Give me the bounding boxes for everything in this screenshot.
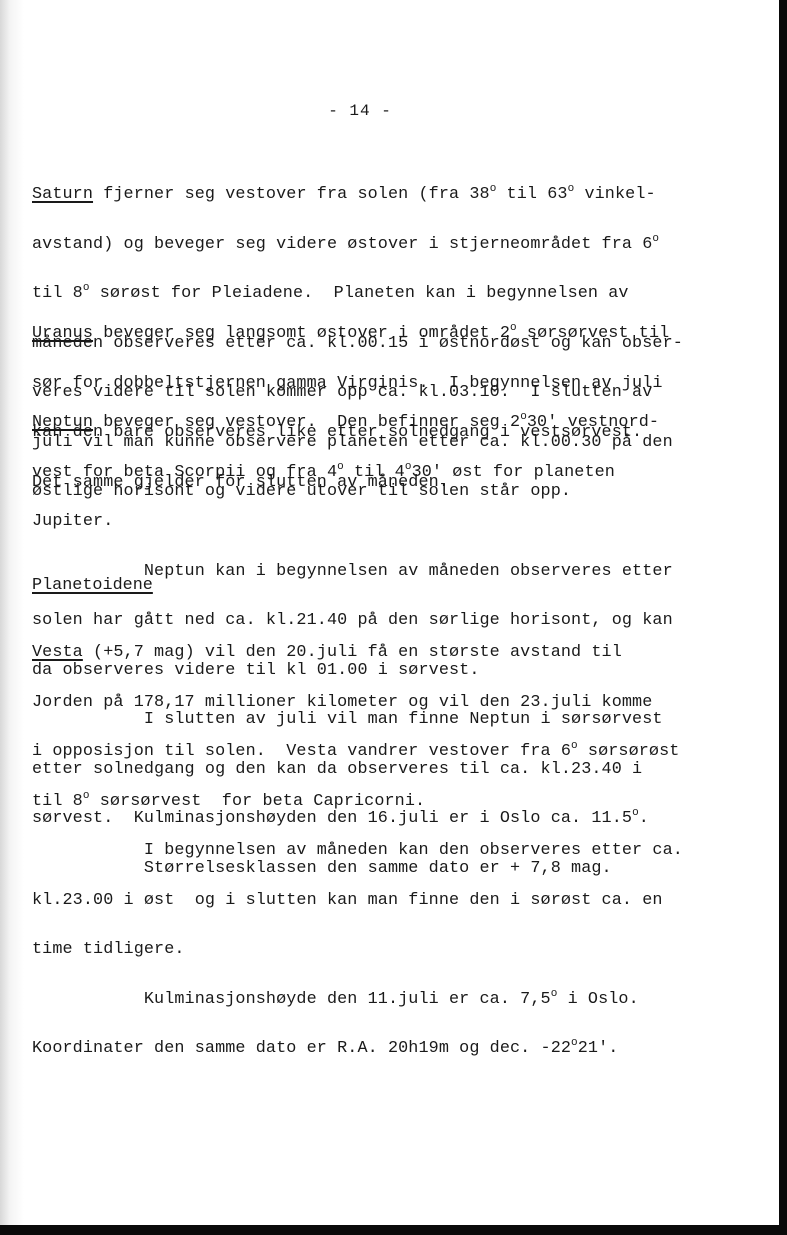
degree-mark: o	[652, 233, 659, 245]
planet-title-vesta: Vesta	[32, 643, 83, 662]
degree-mark: o	[571, 1037, 578, 1049]
text-line: I begynnelsen av måneden kan den observe…	[32, 843, 722, 860]
planet-title-uranus: Uranus	[32, 324, 93, 343]
degree-mark: o	[571, 740, 578, 752]
degree-mark: o	[510, 322, 517, 334]
text-line: avstand) og beveger seg videre østover i…	[32, 237, 722, 254]
degree-mark: o	[490, 183, 497, 195]
text-line: time tidligere.	[32, 942, 722, 959]
section-heading-planetoidene: Planetoidene	[32, 578, 153, 595]
line-text: (+5,7 mag) vil den 20.juli få en største…	[83, 643, 622, 662]
text-line: Saturn fjerner seg vestover fra solen (f…	[32, 187, 722, 204]
degree-mark: o	[551, 988, 558, 1000]
text-line: Jorden på 178,17 millioner kilometer og …	[32, 695, 722, 712]
line-text: fjerner seg vestover fra solen (fra 38o …	[93, 185, 656, 204]
page-number: - 14 -	[0, 102, 720, 120]
degree-mark: o	[520, 411, 527, 423]
planet-title-saturn: Saturn	[32, 185, 93, 204]
text-line: Neptun beveger seg vestover. Den befinne…	[32, 415, 722, 432]
degree-mark: o	[337, 461, 344, 473]
heading-text: Planetoidene	[32, 576, 153, 595]
scan-edge-bottom	[0, 1225, 787, 1235]
planet-title-neptun: Neptun	[32, 413, 93, 432]
text-line: Koordinater den samme dato er R.A. 20h19…	[32, 1041, 722, 1058]
degree-mark: o	[568, 183, 575, 195]
line-text: beveger seg vestover. Den befinner seg 2…	[93, 413, 659, 432]
text-line: til 8o sørsørvest for beta Capricorni.	[32, 794, 722, 811]
text-line: Vesta (+5,7 mag) vil den 20.juli få en s…	[32, 645, 722, 662]
degree-mark: o	[405, 461, 412, 473]
line-text: beveger seg langsomt østover i området 2…	[93, 324, 669, 343]
scan-edge-right	[779, 0, 787, 1235]
paragraph-vesta: Vesta (+5,7 mag) vil den 20.juli få en s…	[32, 612, 722, 1074]
text-line: Uranus beveger seg langsomt østover i om…	[32, 326, 722, 343]
text-line: Jupiter.	[32, 514, 722, 531]
text-line: i opposisjon til solen. Vesta vandrer ve…	[32, 744, 722, 761]
degree-mark: o	[83, 790, 90, 802]
text-line: kl.23.00 i øst og i slutten kan man finn…	[32, 893, 722, 910]
text-line: Kulminasjonshøyde den 11.juli er ca. 7,5…	[32, 992, 722, 1009]
text-line: vest for beta Scorpii og fra 4o til 4o30…	[32, 465, 722, 482]
